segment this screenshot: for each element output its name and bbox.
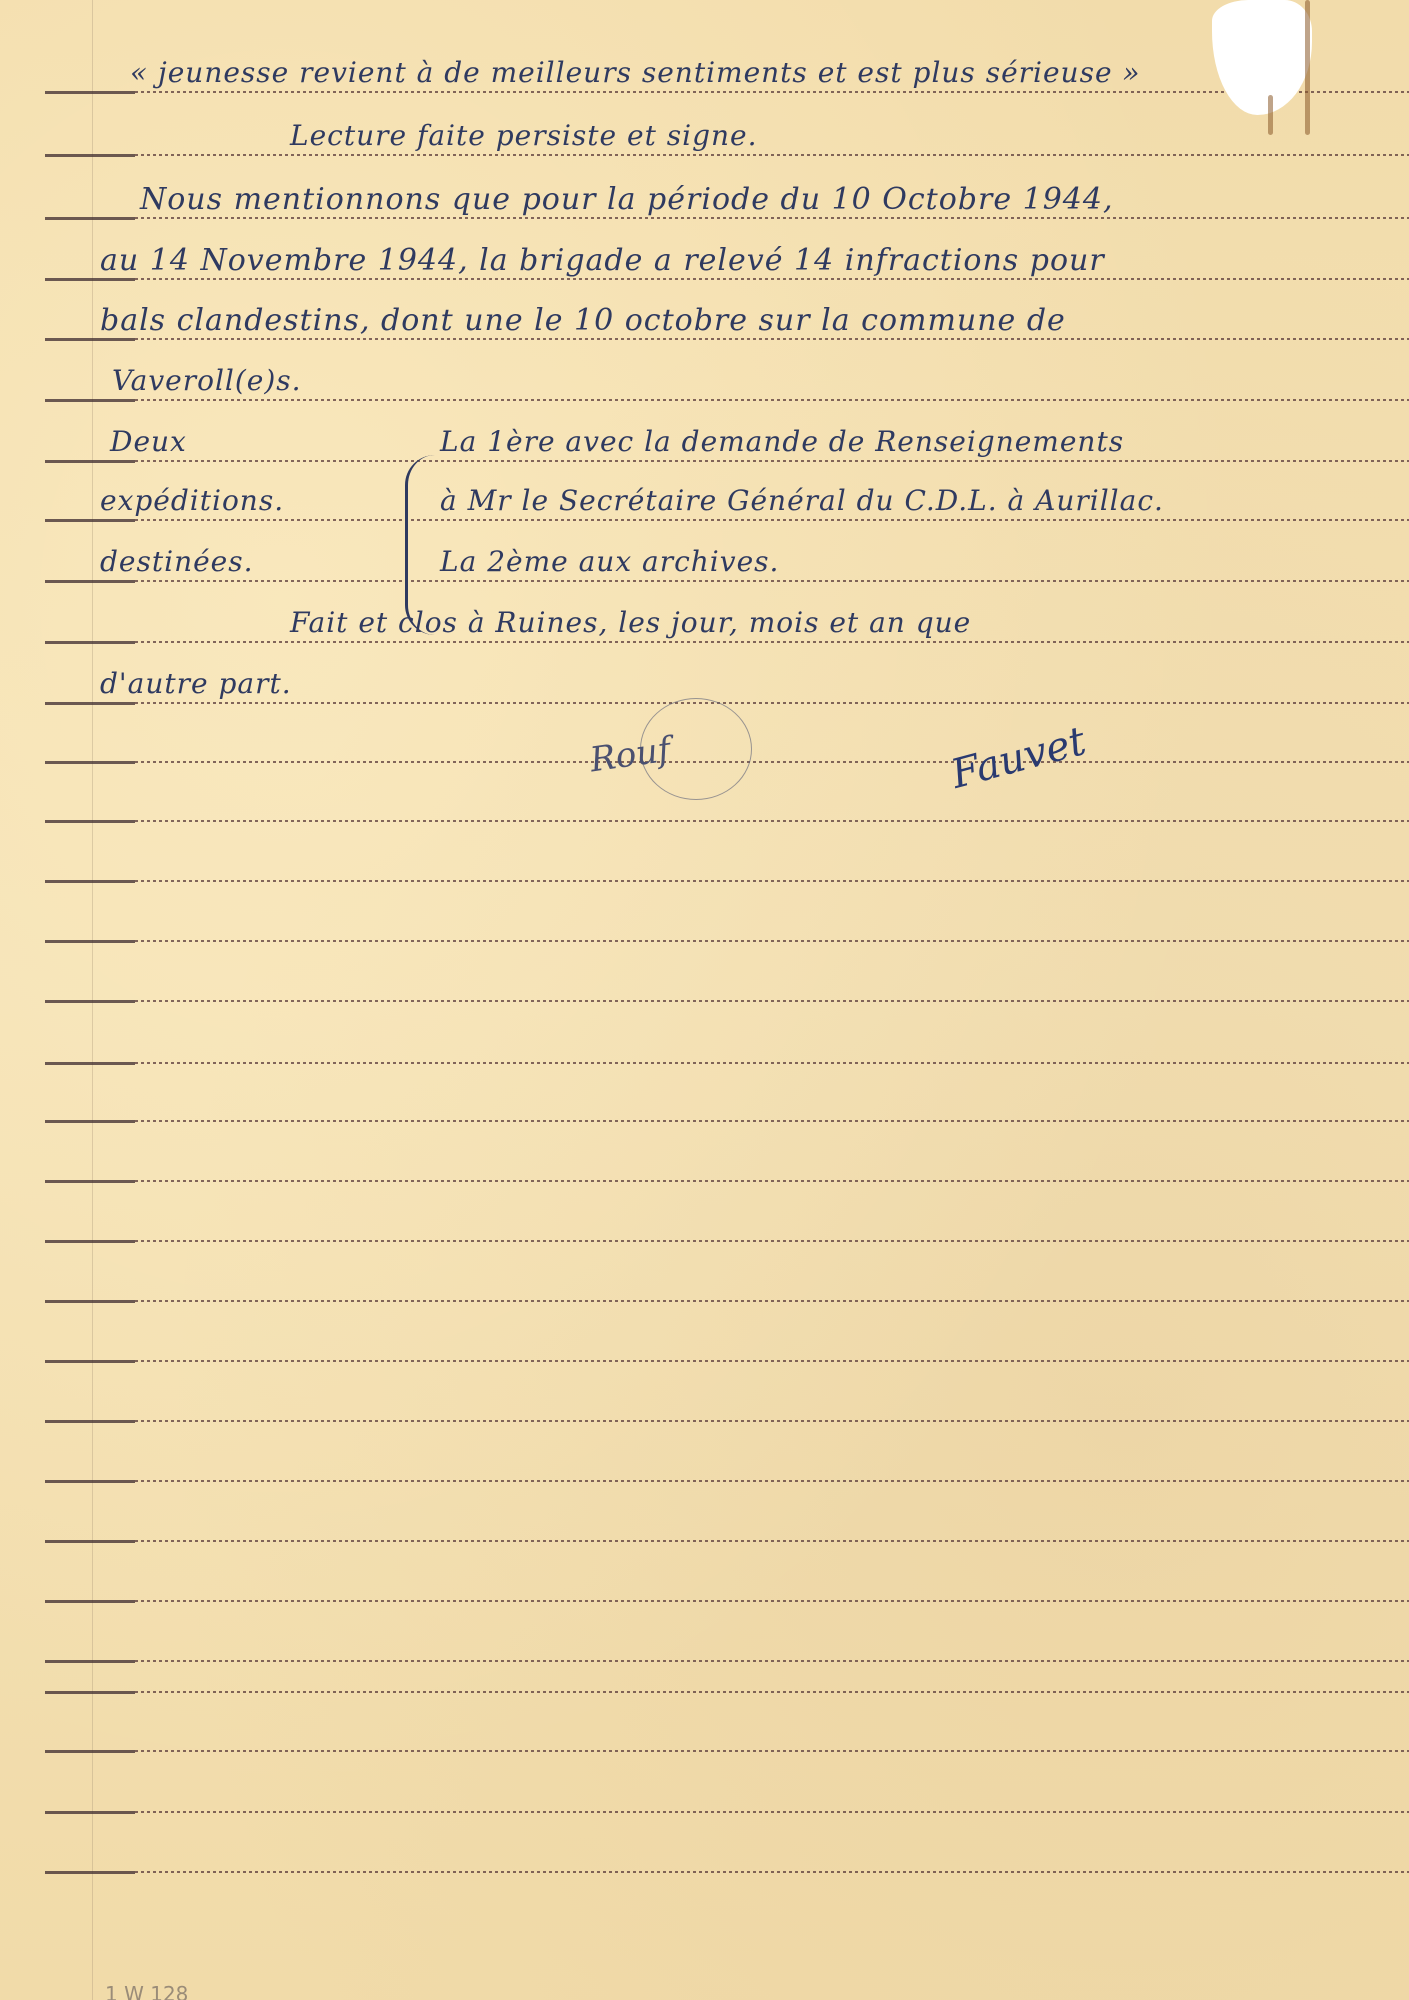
ruled-line-lead <box>45 460 135 463</box>
torn-corner <box>1212 0 1312 115</box>
ruled-line <box>45 91 1409 93</box>
ruled-line <box>45 519 1409 521</box>
text-line-1: « jeunesse revient à de meilleurs sentim… <box>130 56 1141 89</box>
ruled-line-lead <box>45 1600 135 1603</box>
archive-reference: 1 W 128 <box>105 1982 188 2000</box>
ruled-line <box>45 1062 1409 1064</box>
ruled-line-lead <box>45 519 135 522</box>
ruled-line-lead <box>45 91 135 94</box>
expeditions-label-2: expéditions. <box>100 484 284 517</box>
ruled-line-lead <box>45 1120 135 1123</box>
ruled-line <box>45 1240 1409 1242</box>
stain <box>1268 95 1273 135</box>
closing-line-2: d'autre part. <box>100 667 292 700</box>
ruled-line <box>45 1120 1409 1122</box>
ruled-line <box>45 641 1409 643</box>
text-line-6: Vaveroll(e)s. <box>112 364 302 397</box>
ruled-line-lead <box>45 1180 135 1183</box>
ruled-line <box>45 217 1409 219</box>
ruled-line-lead <box>45 1300 135 1303</box>
ruled-line <box>45 1871 1409 1873</box>
ruled-line <box>45 1480 1409 1482</box>
ruled-line <box>45 1750 1409 1752</box>
ruled-line-lead <box>45 154 135 157</box>
ruled-line <box>45 278 1409 280</box>
ruled-line-lead <box>45 1691 135 1694</box>
text-line-2: Lecture faite persiste et signe. <box>290 119 758 152</box>
ruled-line <box>45 154 1409 156</box>
ruled-line <box>45 338 1409 340</box>
ruled-line <box>45 1540 1409 1542</box>
ruled-line-lead <box>45 820 135 823</box>
ruled-line-lead <box>45 399 135 402</box>
ruled-line-lead <box>45 1420 135 1423</box>
ruled-line-lead <box>45 940 135 943</box>
ruled-line <box>45 1691 1409 1693</box>
ruled-line <box>45 940 1409 942</box>
ruled-line <box>45 880 1409 882</box>
text-line-3: Nous mentionnons que pour la période du … <box>140 182 1114 217</box>
text-line-5: bals clandestins, dont une le 10 octobre… <box>100 303 1066 338</box>
ruled-line <box>45 1000 1409 1002</box>
ruled-line-lead <box>45 641 135 644</box>
closing-line-1: Fait et clos à Ruines, les jour, mois et… <box>290 606 971 639</box>
expeditions-label-1: Deux <box>110 425 187 458</box>
ruled-line <box>45 460 1409 462</box>
ruled-line-lead <box>45 1360 135 1363</box>
ruled-line <box>45 1360 1409 1362</box>
ruled-line-lead <box>45 1750 135 1753</box>
ruled-line-lead <box>45 880 135 883</box>
expeditions-label-3: destinées. <box>100 545 254 578</box>
signature-2: Fauvet <box>946 718 1090 798</box>
ruled-line-lead <box>45 580 135 583</box>
ruled-line-lead <box>45 1240 135 1243</box>
ruled-line-lead <box>45 1062 135 1065</box>
ruled-line <box>45 1180 1409 1182</box>
ruled-line-lead <box>45 1811 135 1814</box>
ruled-line <box>45 580 1409 582</box>
ruled-line <box>45 1660 1409 1662</box>
expeditions-item-2: à Mr le Secrétaire Général du C.D.L. à A… <box>440 484 1164 517</box>
ruled-line <box>45 1811 1409 1813</box>
ruled-line <box>45 1600 1409 1602</box>
ruled-line-lead <box>45 761 135 764</box>
expeditions-item-3: La 2ème aux archives. <box>440 545 779 578</box>
ruled-line-lead <box>45 1480 135 1483</box>
ruled-line <box>45 1300 1409 1302</box>
ruled-line <box>45 1420 1409 1422</box>
expeditions-item-1: La 1ère avec la demande de Renseignement… <box>440 425 1124 458</box>
ruled-line-lead <box>45 702 135 705</box>
ruled-line-lead <box>45 1871 135 1874</box>
ruled-line <box>45 399 1409 401</box>
ruled-line-lead <box>45 1540 135 1543</box>
text-line-4: au 14 Novembre 1944, la brigade a relevé… <box>100 243 1105 278</box>
ruled-line <box>45 702 1409 704</box>
ruled-line-lead <box>45 217 135 220</box>
ruled-line <box>45 820 1409 822</box>
ruled-line-lead <box>45 1660 135 1663</box>
stain <box>1305 0 1310 135</box>
ruled-line-lead <box>45 1000 135 1003</box>
